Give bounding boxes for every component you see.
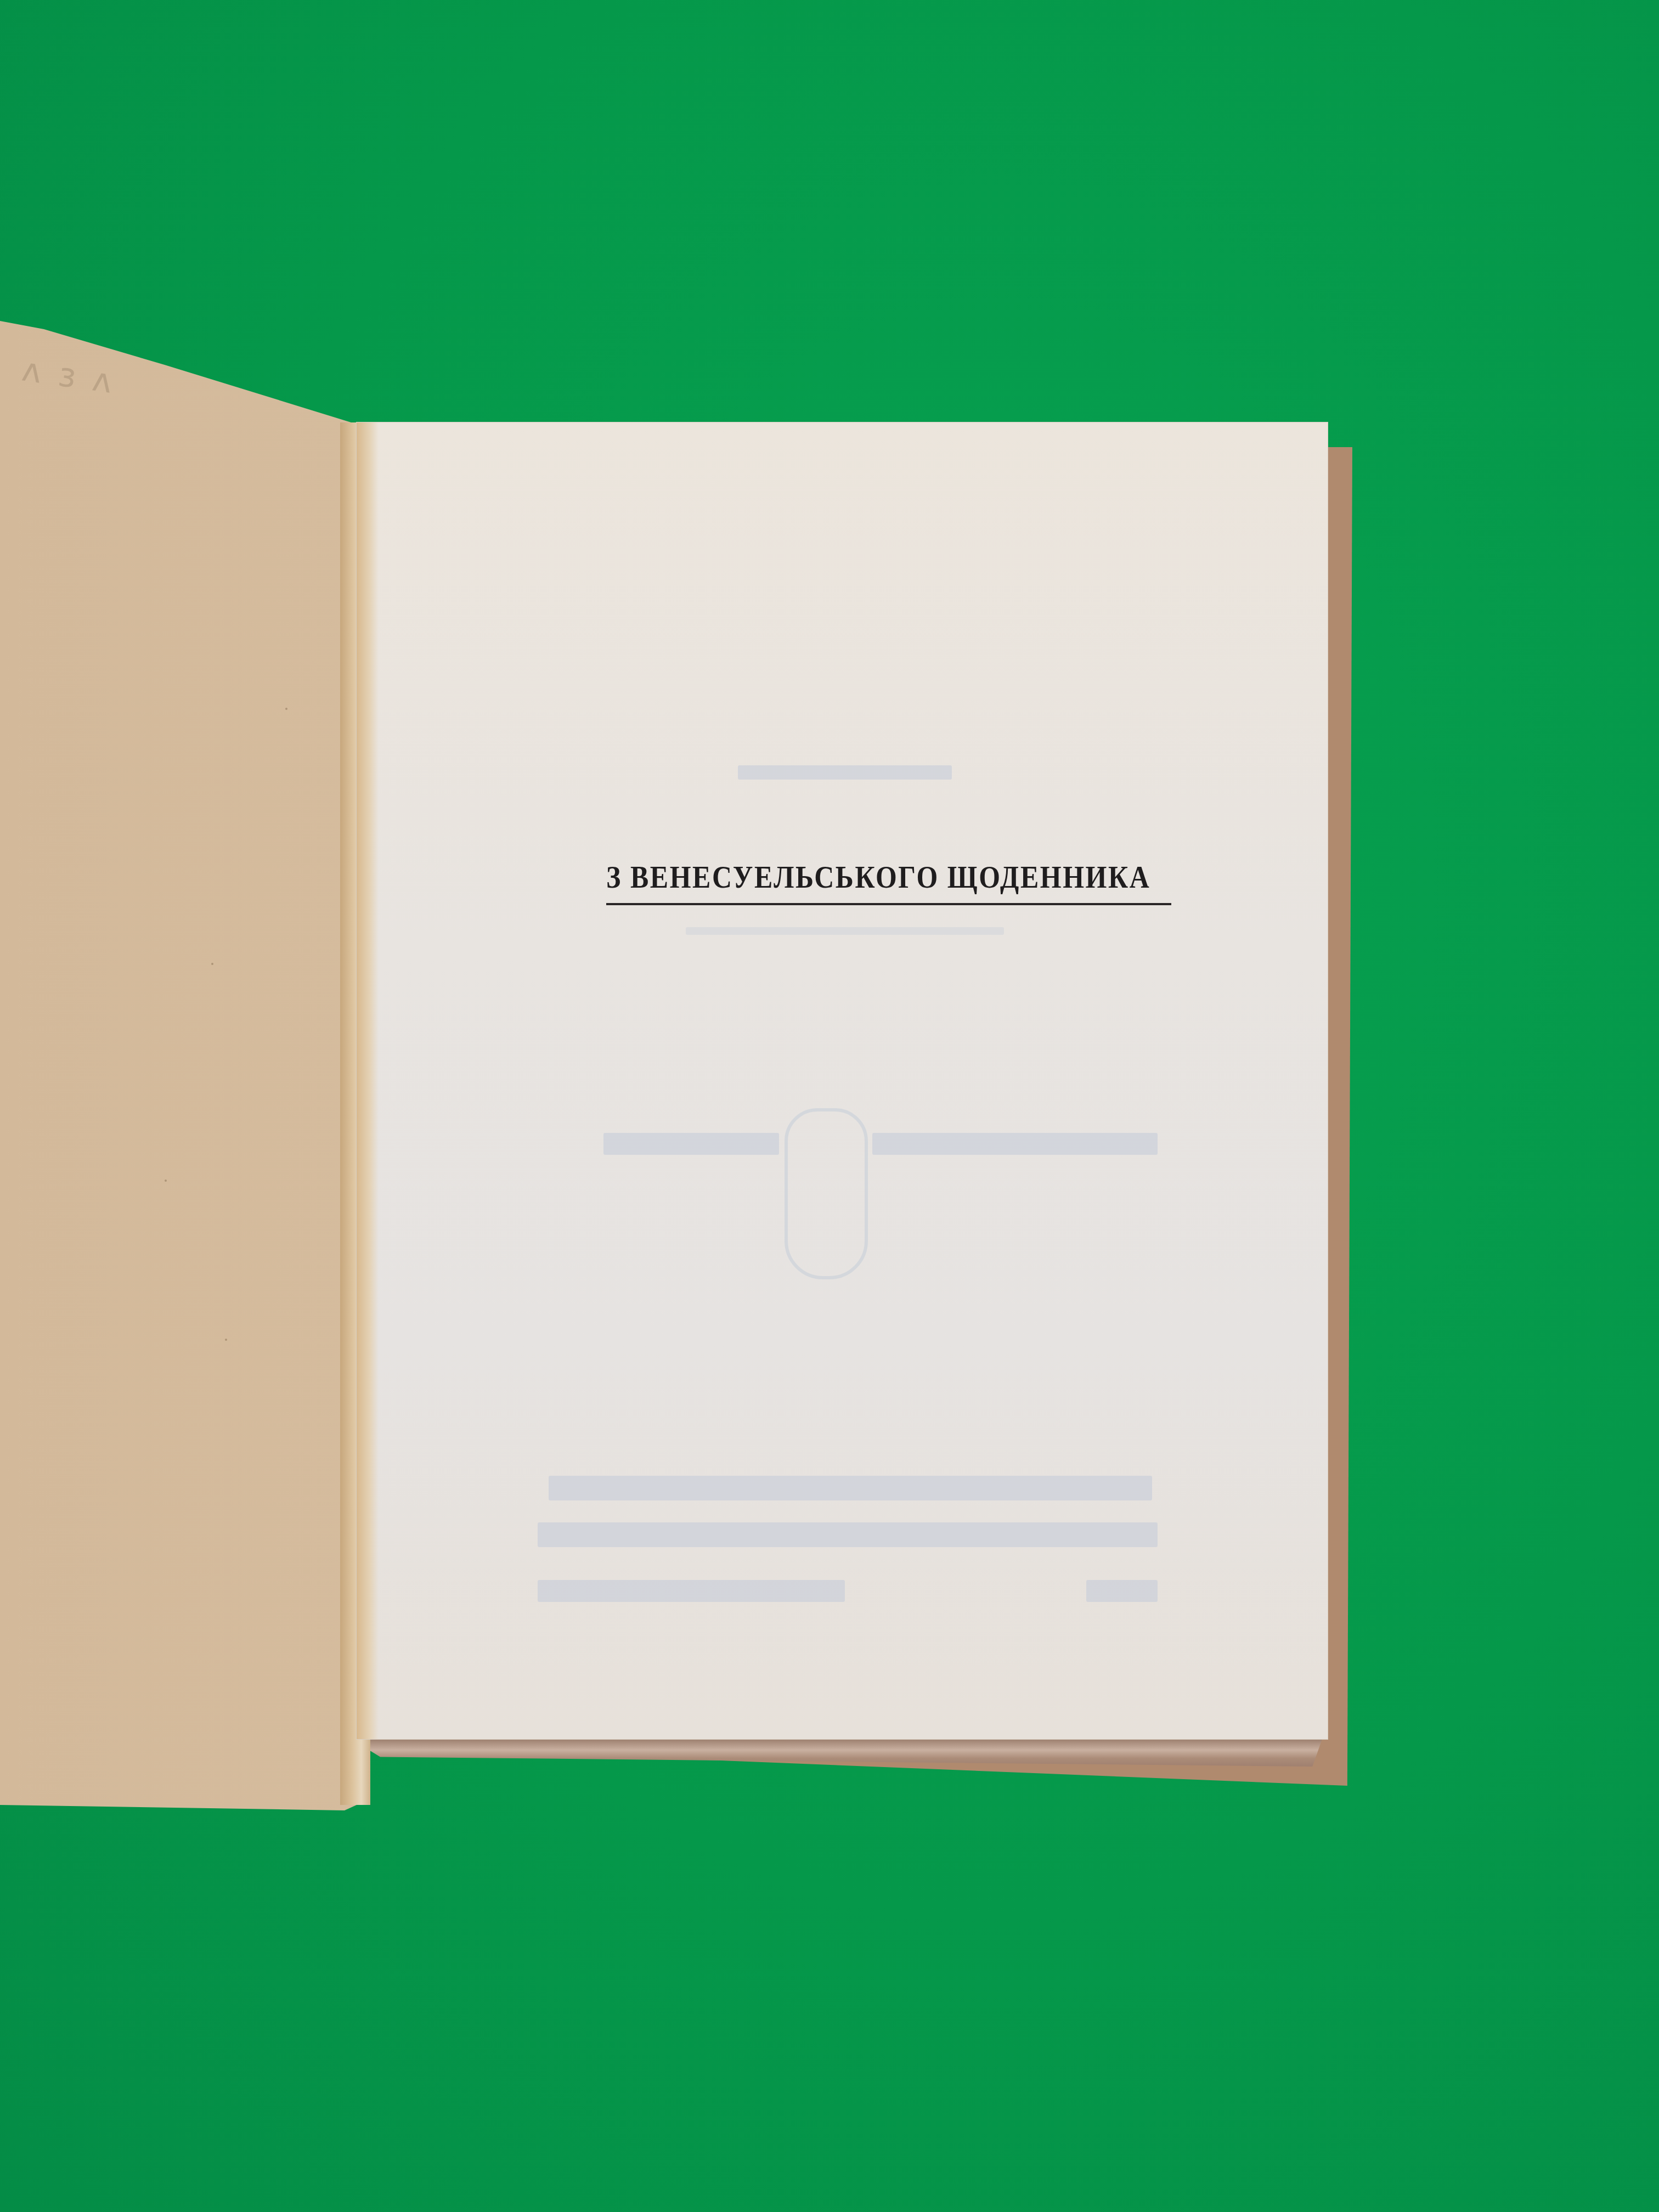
show-through-line bbox=[538, 1522, 1158, 1547]
title-underline bbox=[606, 903, 1171, 905]
pencil-mark: ᴧ ɜ ʌ bbox=[20, 350, 118, 401]
show-through-line bbox=[603, 1133, 779, 1155]
show-through-line bbox=[1086, 1580, 1158, 1602]
show-through-line bbox=[686, 927, 1004, 935]
show-through-line bbox=[549, 1476, 1152, 1500]
book-title: З ВЕНЕСУЕЛЬСЬКОГО ЩОДЕННИКА bbox=[606, 859, 1150, 895]
page-edge-stain bbox=[357, 422, 379, 1739]
show-through-line bbox=[538, 1580, 845, 1602]
show-through-logo bbox=[785, 1108, 868, 1279]
show-through-line bbox=[738, 765, 952, 780]
show-through-line bbox=[872, 1133, 1158, 1155]
